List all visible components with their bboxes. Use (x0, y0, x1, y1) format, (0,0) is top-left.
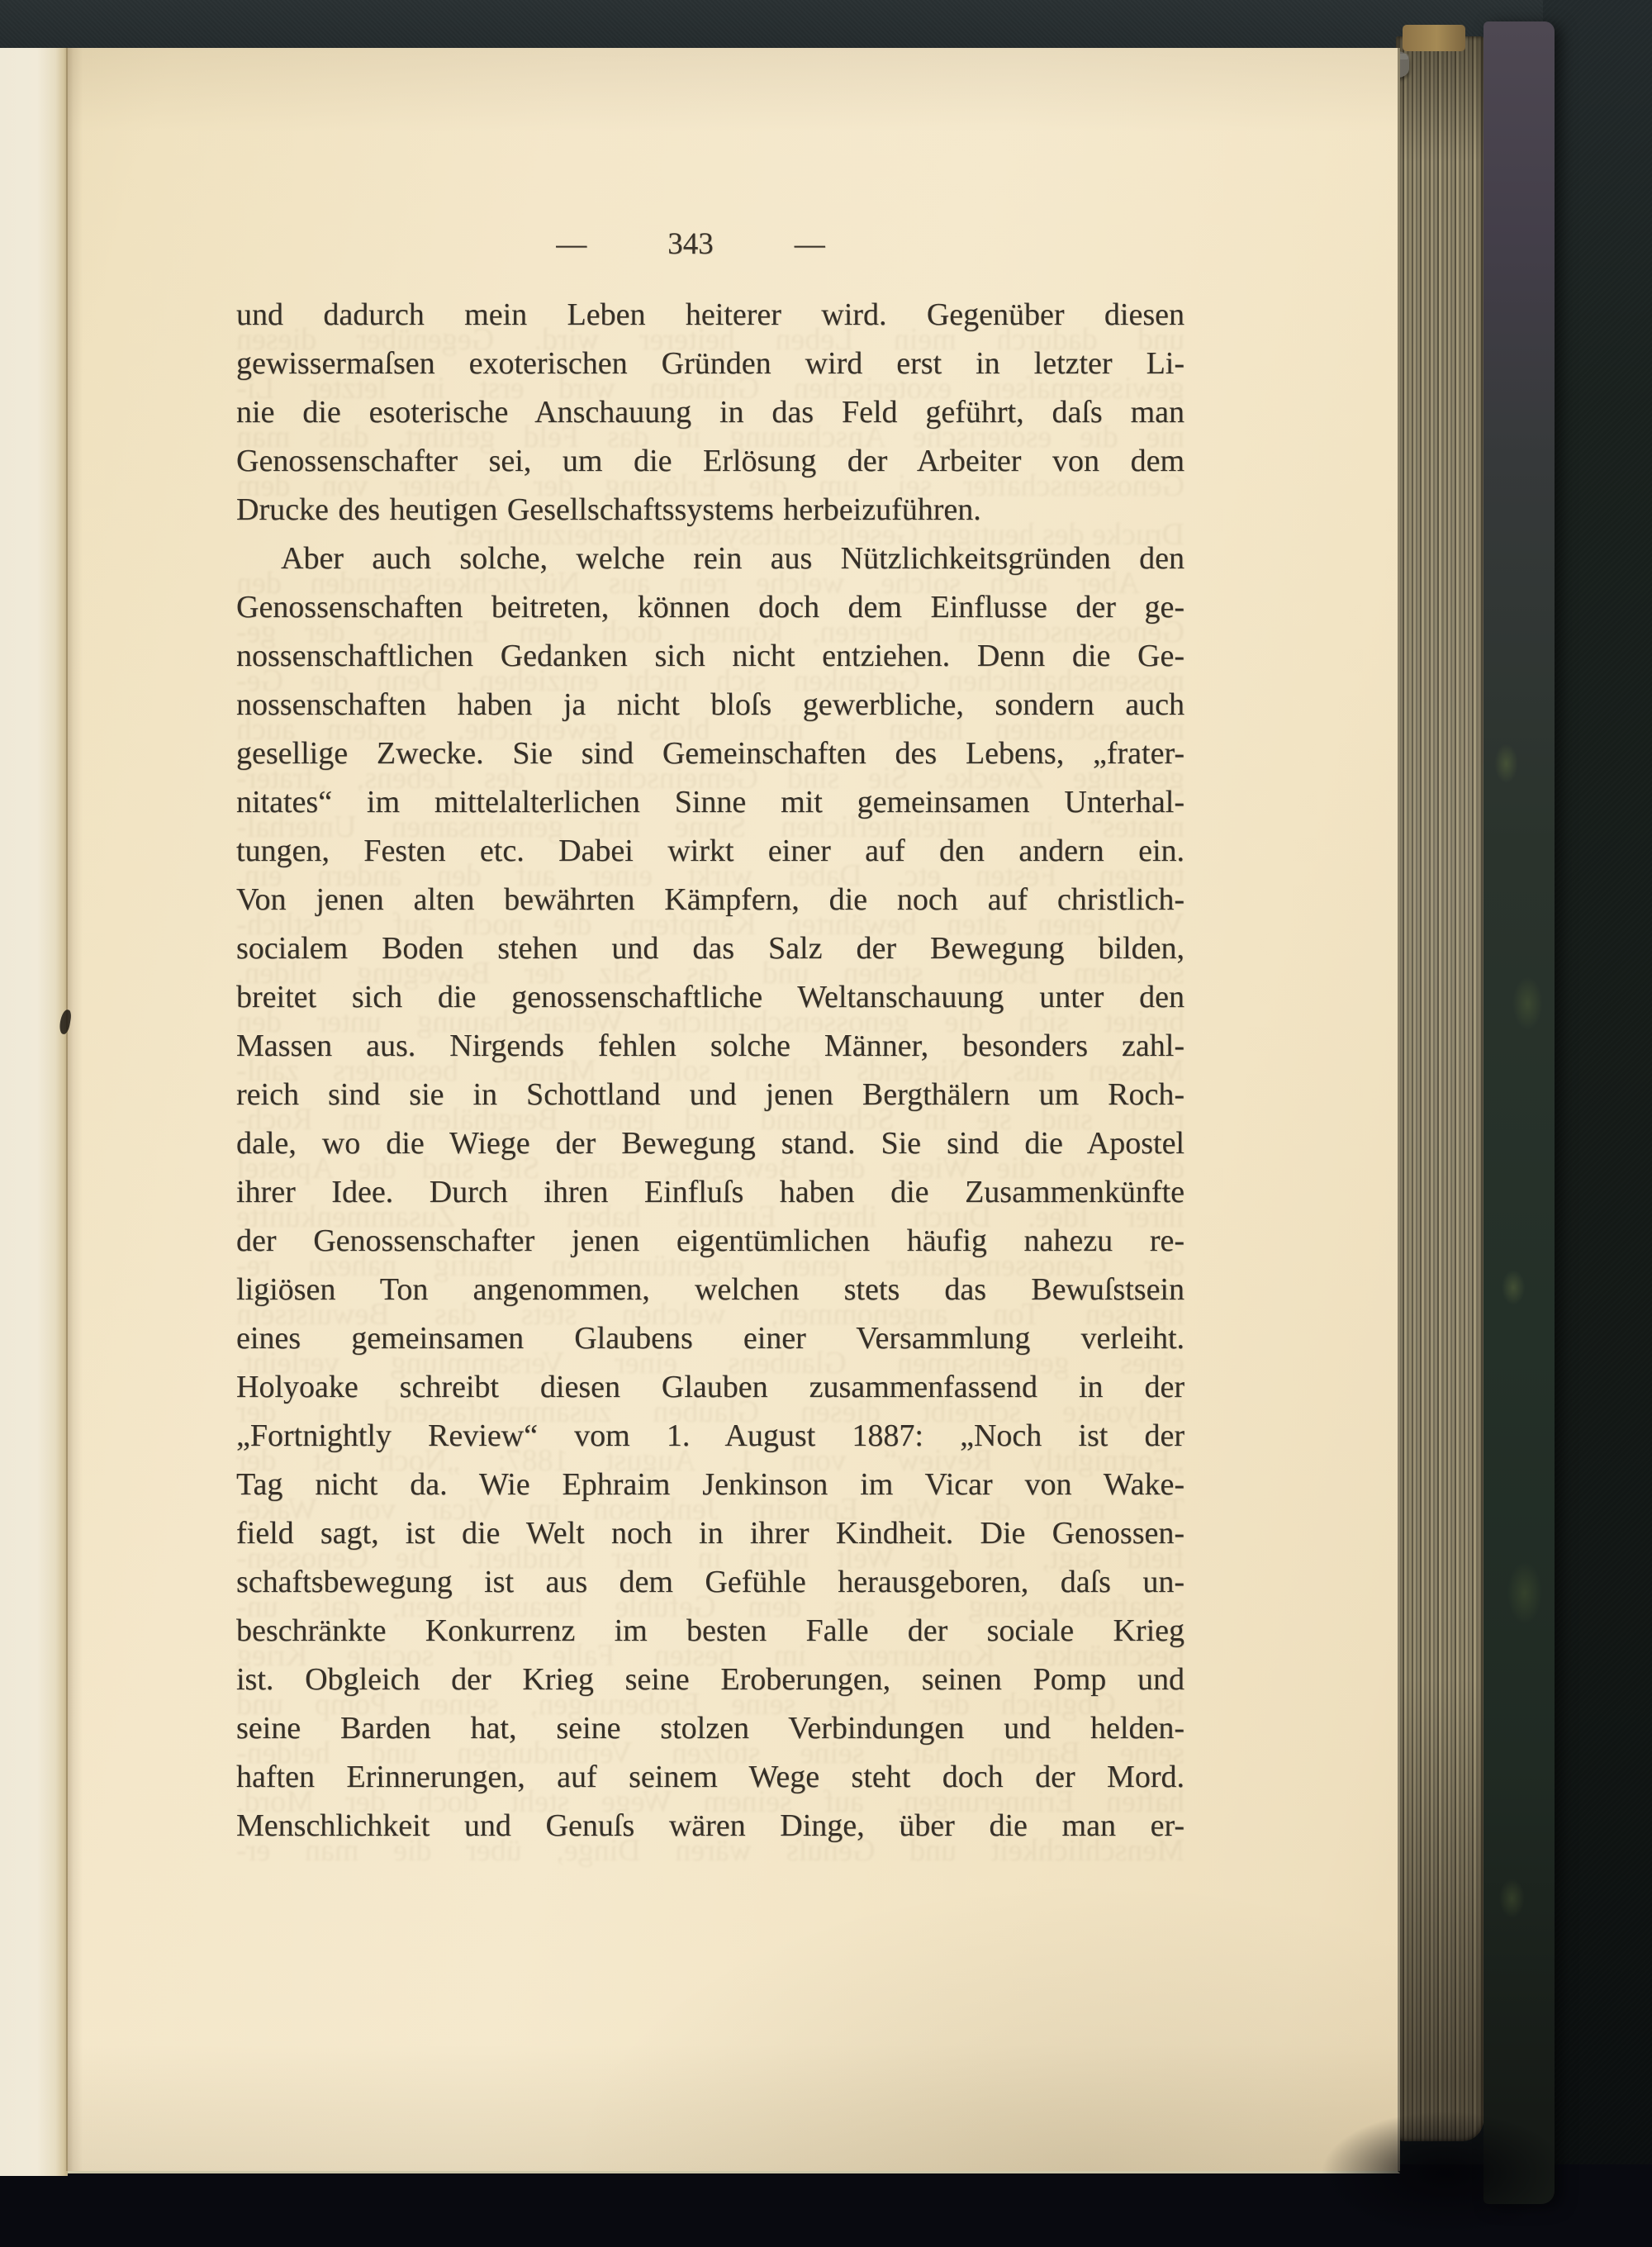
text-line: „Fortnightly Review“ vom 1. August 1887:… (236, 1412, 1184, 1461)
text-line: beschränkte Konkurrenz im besten Falle d… (236, 1607, 1184, 1656)
text-line: der Genossenschafter jenen eigentümliche… (236, 1217, 1184, 1266)
text-line: Genossenschaften beitreten, können doch … (236, 583, 1184, 632)
page-number-value: 343 (667, 226, 714, 262)
gutter-crease (66, 48, 83, 2171)
page-number-right-dash: — (795, 226, 825, 262)
text-line: Genossenschafter sei, um die Erlösung de… (236, 437, 1184, 486)
page-number: — 343 — (216, 218, 1165, 269)
text-line: nitates“ im mittelalterlichen Sinne mit … (236, 778, 1184, 827)
page-stack-fore-edge (1396, 36, 1483, 2141)
text-line: seine Barden hat, seine stolzen Verbindu… (236, 1704, 1184, 1753)
book-scan: — 343 — und dadurch mein Leben heiterer … (0, 0, 1652, 2247)
text-line: eines gemeinsamen Glaubens einer Versamm… (236, 1314, 1184, 1363)
text-line: Massen aus. Nirgends fehlen solche Männe… (236, 1022, 1184, 1071)
text-line: Von jenen alten bewährten Kämpfern, die … (236, 876, 1184, 924)
bottom-right-shadow (1322, 2112, 1569, 2235)
text-line: nossenschaftlichen Gedanken sich nicht e… (236, 632, 1184, 681)
fore-edge-top-cap (1403, 25, 1465, 51)
text-line: breitet sich die genossenschaftliche Wel… (236, 973, 1184, 1022)
text-line: socialem Boden stehen und das Salz der B… (236, 924, 1184, 973)
text-line: Aber auch solche, welche rein aus Nützli… (236, 534, 1184, 583)
text-block: und dadurch mein Leben heiterer wird. Ge… (236, 291, 1184, 1850)
text-line: ihrer Idee. Durch ihren Einfluſs haben d… (236, 1168, 1184, 1217)
text-line: field sagt, ist die Welt noch in ihrer K… (236, 1509, 1184, 1558)
text-line: nie die esoterische Anschauung in das Fe… (236, 388, 1184, 437)
text-line: gewissermaſsen exoterischen Gründen wird… (236, 340, 1184, 388)
text-line: Holyoake schreibt diesen Glauben zusamme… (236, 1363, 1184, 1412)
text-line: reich sind sie in Schottland und jenen B… (236, 1071, 1184, 1119)
text-line: gesellige Zwecke. Sie sind Gemeinschafte… (236, 729, 1184, 778)
text-line: ligiösen Ton angenommen, welchen stets d… (236, 1266, 1184, 1314)
text-line: tungen, Festen etc. Dabei wirkt einer au… (236, 827, 1184, 876)
text-line: Tag nicht da. Wie Ephraim Jenkinson im V… (236, 1461, 1184, 1509)
underlying-page-edge (0, 48, 68, 2176)
text-line: Drucke des heutigen Gesellschaftssystems… (236, 486, 1184, 534)
background-right-fabric (1543, 0, 1652, 2247)
text-line: haften Erinnerungen, auf seinem Wege ste… (236, 1753, 1184, 1802)
text-line: ist. Obgleich der Krieg seine Eroberunge… (236, 1656, 1184, 1704)
book-cover-marbled-edge (1483, 21, 1555, 2204)
text-line: nossenschaften haben ja nicht bloſs gewe… (236, 681, 1184, 729)
text-line: dale, wo die Wiege der Bewegung stand. S… (236, 1119, 1184, 1168)
page-number-left-dash: — (556, 226, 586, 262)
text-line: schaftsbewegung ist aus dem Gefühle hera… (236, 1558, 1184, 1607)
text-line: Menschlichkeit und Genuſs wären Dinge, ü… (236, 1802, 1184, 1850)
text-line: und dadurch mein Leben heiterer wird. Ge… (236, 291, 1184, 340)
